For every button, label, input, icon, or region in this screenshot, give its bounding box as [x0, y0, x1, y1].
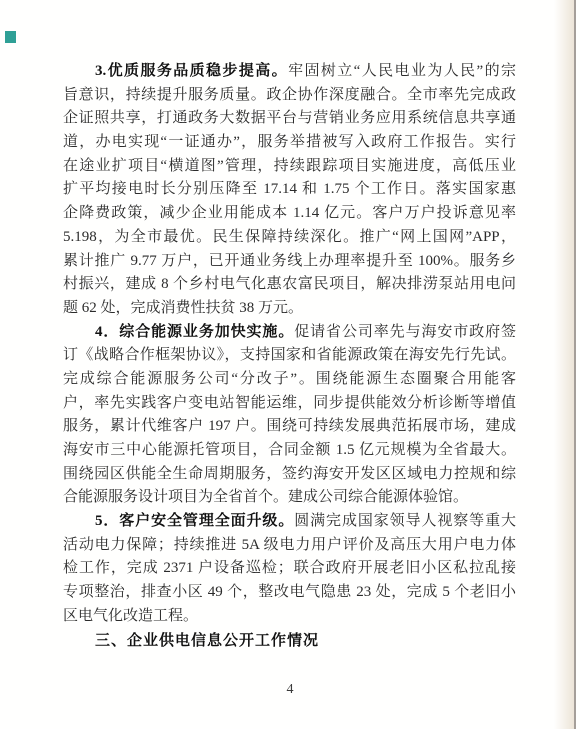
- text-line: 扩平均接电时长分别压降至 17.14 和 1.75 个工作日。落实国家惠: [63, 178, 516, 202]
- text-line: 户，率先实践客户变电站智能运维，同步提供能效分析诊断等增值: [63, 392, 516, 416]
- text-line: 在途业扩项目“横道图”管理，持续跟踪项目实施进度，高低压业: [63, 155, 516, 179]
- line-text: 在途业扩项目“横道图”管理，持续跟踪项目实施进度，高低压业: [63, 158, 516, 174]
- line-text: 扩平均接电时长分别压降至 17.14 和 1.75 个工作日。落实国家惠: [63, 181, 516, 197]
- line-text: 完成综合能源服务公司“分改子”。围绕能源生态圈聚合用能客: [63, 371, 516, 387]
- text-line: 检工作，完成 2371 户设备巡检；联合政府开展老旧小区私拉乱接: [63, 557, 516, 581]
- text-line: 区电气化改造工程。: [63, 605, 516, 629]
- line-text: 累计推广 9.77 万户，已开通业务线上办理率提升至 100%。服务乡: [63, 253, 516, 269]
- text-line: 围绕园区供能全生命周期服务，签约海安开发区区域电力控规和综: [63, 463, 516, 487]
- line-text: 促请省公司率先与海安市政府签: [294, 324, 516, 340]
- line-text: 专项整治，排查小区 49 个，整改电气隐患 23 处，完成 5 个老旧小: [63, 584, 516, 600]
- line-bold-prefix: 5．客户安全管理全面升级。: [95, 513, 294, 529]
- text-line: 累计推广 9.77 万户，已开通业务线上办理率提升至 100%。服务乡: [63, 250, 516, 274]
- text-line: 企证照共享，打通政务大数据平台与营销业务应用系统信息共享通: [63, 107, 516, 131]
- line-text: 道，办电实现“一证通办”，服务举措被写入政府工作报告。实行: [63, 134, 516, 150]
- line-text: 旨意识，持续提升服务质量。政企协作深度融合。全市率先完成政: [63, 87, 516, 103]
- document-body: 3.优质服务品质稳步提高。牢固树立“人民电业为人民”的宗旨意识，持续提升服务质量…: [63, 60, 516, 652]
- text-line: 海安市三中心能源托管项目，合同金额 1.5 亿元规模为全省最大。: [63, 439, 516, 463]
- line-text: 村振兴，建成 8 个乡村电气化惠农富民项目，解决排涝泵站用电问: [63, 276, 516, 292]
- line-text: 圆满完成国家领导人视察等重大: [294, 513, 516, 529]
- text-line: 专项整治，排查小区 49 个，整改电气隐患 23 处，完成 5 个老旧小: [63, 581, 516, 605]
- text-line: 4．综合能源业务加快实施。促请省公司率先与海安市政府签: [63, 321, 516, 345]
- line-text: 海安市三中心能源托管项目，合同金额 1.5 亿元规模为全省最大。: [63, 442, 516, 458]
- page-number: 4: [0, 682, 580, 698]
- line-text: 5.198，为全市最优。民生保障持续深化。推广“网上国网”APP，: [63, 229, 516, 245]
- line-text: 订《战略合作框架协议》，支持国家和省能源政策在海安先行先试。: [63, 347, 516, 363]
- text-line: 题 62 处，完成消费性扶贫 38 万元。: [63, 297, 516, 321]
- line-bold-prefix: 4．综合能源业务加快实施。: [95, 324, 294, 340]
- line-text: 题 62 处，完成消费性扶贫 38 万元。: [63, 300, 303, 316]
- line-text: 企证照共享，打通政务大数据平台与营销业务应用系统信息共享通: [63, 110, 516, 126]
- line-text: 合能源服务设计项目为全省首个。建成公司综合能源体验馆。: [63, 489, 468, 505]
- text-line: 订《战略合作框架协议》，支持国家和省能源政策在海安先行先试。: [63, 344, 516, 368]
- corner-marker: [5, 31, 16, 43]
- line-text: 检工作，完成 2371 户设备巡检；联合政府开展老旧小区私拉乱接: [63, 560, 516, 576]
- line-text: 围绕园区供能全生命周期服务，签约海安开发区区域电力控规和综: [63, 466, 516, 482]
- line-bold-prefix: 3.优质服务品质稳步提高。: [95, 63, 288, 79]
- text-line: 服务，累计代维客户 197 户。围绕可持续发展典范拓展市场，建成: [63, 415, 516, 439]
- line-text: 企降费政策，减少企业用能成本 1.14 亿元。客户万户投诉意见率: [63, 205, 516, 221]
- text-line: 活动电力保障；持续推进 5A 级电力用户评价及高压大用户电力体: [63, 534, 516, 558]
- text-line: 旨意识，持续提升服务质量。政企协作深度融合。全市率先完成政: [63, 84, 516, 108]
- text-line: 完成综合能源服务公司“分改子”。围绕能源生态圈聚合用能客: [63, 368, 516, 392]
- text-line: 5.198，为全市最优。民生保障持续深化。推广“网上国网”APP，: [63, 226, 516, 250]
- text-line: 三、企业供电信息公开工作情况: [63, 629, 516, 653]
- page-edge-line: [574, 0, 576, 729]
- line-text: 活动电力保障；持续推进 5A 级电力用户评价及高压大用户电力体: [63, 537, 516, 553]
- line-bold-prefix: 三、企业供电信息公开工作情况: [95, 632, 319, 649]
- line-text: 服务，累计代维客户 197 户。围绕可持续发展典范拓展市场，建成: [63, 418, 516, 434]
- text-line: 村振兴，建成 8 个乡村电气化惠农富民项目，解决排涝泵站用电问: [63, 273, 516, 297]
- line-text: 户，率先实践客户变电站智能运维，同步提供能效分析诊断等增值: [63, 395, 516, 411]
- text-line: 道，办电实现“一证通办”，服务举措被写入政府工作报告。实行: [63, 131, 516, 155]
- page-edge-shadow: [554, 0, 574, 729]
- line-text: 牢固树立“人民电业为人民”的宗: [288, 63, 516, 79]
- text-line: 企降费政策，减少企业用能成本 1.14 亿元。客户万户投诉意见率: [63, 202, 516, 226]
- text-line: 3.优质服务品质稳步提高。牢固树立“人民电业为人民”的宗: [63, 60, 516, 84]
- line-text: 区电气化改造工程。: [63, 608, 198, 624]
- text-line: 5．客户安全管理全面升级。圆满完成国家领导人视察等重大: [63, 510, 516, 534]
- text-line: 合能源服务设计项目为全省首个。建成公司综合能源体验馆。: [63, 486, 516, 510]
- document-page: 3.优质服务品质稳步提高。牢固树立“人民电业为人民”的宗旨意识，持续提升服务质量…: [0, 0, 580, 729]
